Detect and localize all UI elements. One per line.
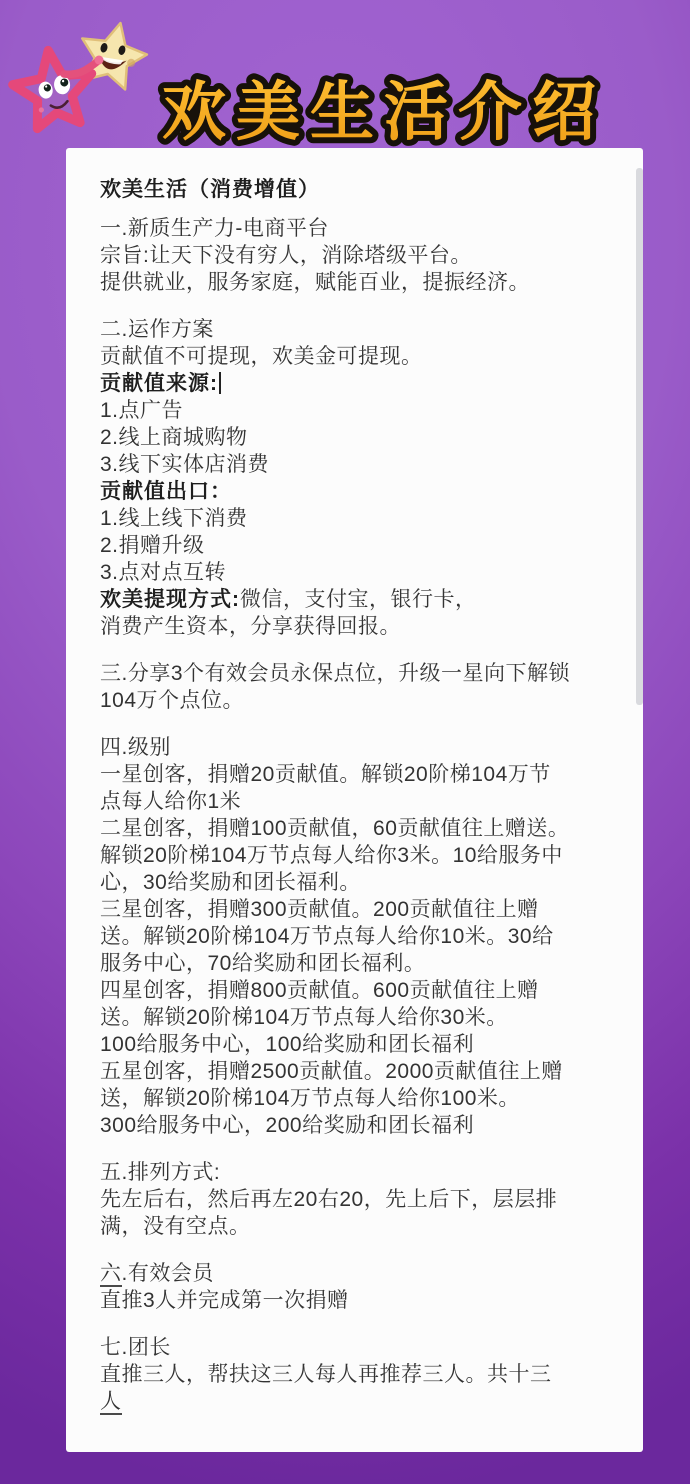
doc-line: 贡献值不可提现，欢美金可提现。 [100, 343, 625, 370]
underlined-char: 六 [100, 1262, 122, 1287]
doc-line: 送。解锁20阶梯104万节点每人给你10米。30给 [100, 923, 625, 950]
doc-line: 心，30给奖励和团长福利。 [100, 869, 625, 896]
doc-line: 四星创客，捐赠800贡献值。600贡献值往上赠 [100, 977, 625, 1004]
doc-line: 贡献值出口： [100, 478, 625, 505]
doc-line: 送。解锁20阶梯104万节点每人给你30米。 [100, 1004, 625, 1031]
doc-line-text: 微信，支付宝，银行卡， [240, 588, 477, 611]
doc-line: 四.级别 [100, 734, 625, 761]
doc-line: 三.分享3个有效会员永保点位，升级一星向下解锁 [100, 660, 625, 687]
doc-line: 2.捐赠升级 [100, 532, 625, 559]
doc-line: 欢美生活（消费增值） [100, 176, 625, 203]
doc-line: 服务中心，70给奖励和团长福利。 [100, 950, 625, 977]
blank-line [100, 1240, 625, 1260]
doc-line: 3.线下实体店消费 [100, 451, 625, 478]
doc-line: 五.排列方式: [100, 1159, 625, 1186]
blank-line [100, 296, 625, 316]
pink-star-icon [9, 45, 99, 131]
doc-line: 欢美提现方式:微信，支付宝，银行卡， [100, 586, 625, 613]
blank-line [100, 714, 625, 734]
blank-line [100, 1314, 625, 1334]
doc-line: 点每人给你1米 [100, 788, 625, 815]
doc-line: 提供就业，服务家庭，赋能百业，提振经济。 [100, 269, 625, 296]
scrollbar-thumb[interactable] [636, 168, 643, 705]
doc-line: 一.新质生产力-电商平台 [100, 215, 625, 242]
doc-line: 宗旨:让天下没有穷人，消除塔级平台。 [100, 242, 625, 269]
doc-line: 先左后右，然后再左20右20，先上后下，层层排 [100, 1186, 625, 1213]
doc-line: 300给服务中心，200给奖励和团长福利 [100, 1112, 625, 1139]
doc-line: 直推3人并完成第一次捐赠 [100, 1287, 625, 1314]
doc-line: 二星创客，捐赠100贡献值，60贡献值往上赠送。 [100, 815, 625, 842]
blank-line [100, 203, 625, 215]
doc-line: 消费产生资本，分享获得回报。 [100, 613, 625, 640]
doc-line-bold-prefix: 欢美提现方式: [100, 588, 240, 611]
doc-line: 三星创客，捐赠300贡献值。200贡献值往上赠 [100, 896, 625, 923]
title-banner: 欢美生活介绍 [136, 46, 632, 160]
stars-illustration [4, 10, 156, 142]
document-content[interactable]: 欢美生活（消费增值）一.新质生产力-电商平台宗旨:让天下没有穷人，消除塔级平台。… [66, 148, 643, 1452]
doc-line: 二.运作方案 [100, 316, 625, 343]
doc-line: 七.团长 [100, 1334, 625, 1361]
banner-title-text: 欢美生活介绍 [162, 76, 606, 148]
doc-line: 1.线上线下消费 [100, 505, 625, 532]
document-card: 欢美生活（消费增值）一.新质生产力-电商平台宗旨:让天下没有穷人，消除塔级平台。… [66, 148, 643, 1452]
text-caret [219, 372, 221, 394]
doc-line: 六.有效会员 [100, 1260, 625, 1287]
doc-line: 104万个点位。 [100, 687, 625, 714]
poster-background: 欢美生活介绍 欢美生活（消费增值）一.新质生产力-电商平台宗旨:让天下没有穷人，… [0, 0, 690, 1484]
doc-line: 直推三人，帮扶这三人每人再推荐三人。共十三 [100, 1361, 625, 1388]
doc-line: 贡献值来源: [100, 370, 625, 397]
doc-line: 人 [100, 1388, 625, 1415]
doc-line: 满，没有空点。 [100, 1213, 625, 1240]
doc-line: 2.线上商城购物 [100, 424, 625, 451]
doc-line: 100给服务中心，100给奖励和团长福利 [100, 1031, 625, 1058]
doc-line: 一星创客，捐赠20贡献值。解锁20阶梯104万节 [100, 761, 625, 788]
doc-line: 五星创客，捐赠2500贡献值。2000贡献值往上赠 [100, 1058, 625, 1085]
star-hand [95, 56, 104, 65]
blank-line [100, 1139, 625, 1159]
blank-line [100, 640, 625, 660]
doc-line: 解锁20阶梯104万节点每人给你3米。10给服务中 [100, 842, 625, 869]
underlined-char: 人 [100, 1390, 122, 1415]
doc-line: 3.点对点互转 [100, 559, 625, 586]
doc-line: 送，解锁20阶梯104万节点每人给你100米。 [100, 1085, 625, 1112]
doc-line: 1.点广告 [100, 397, 625, 424]
